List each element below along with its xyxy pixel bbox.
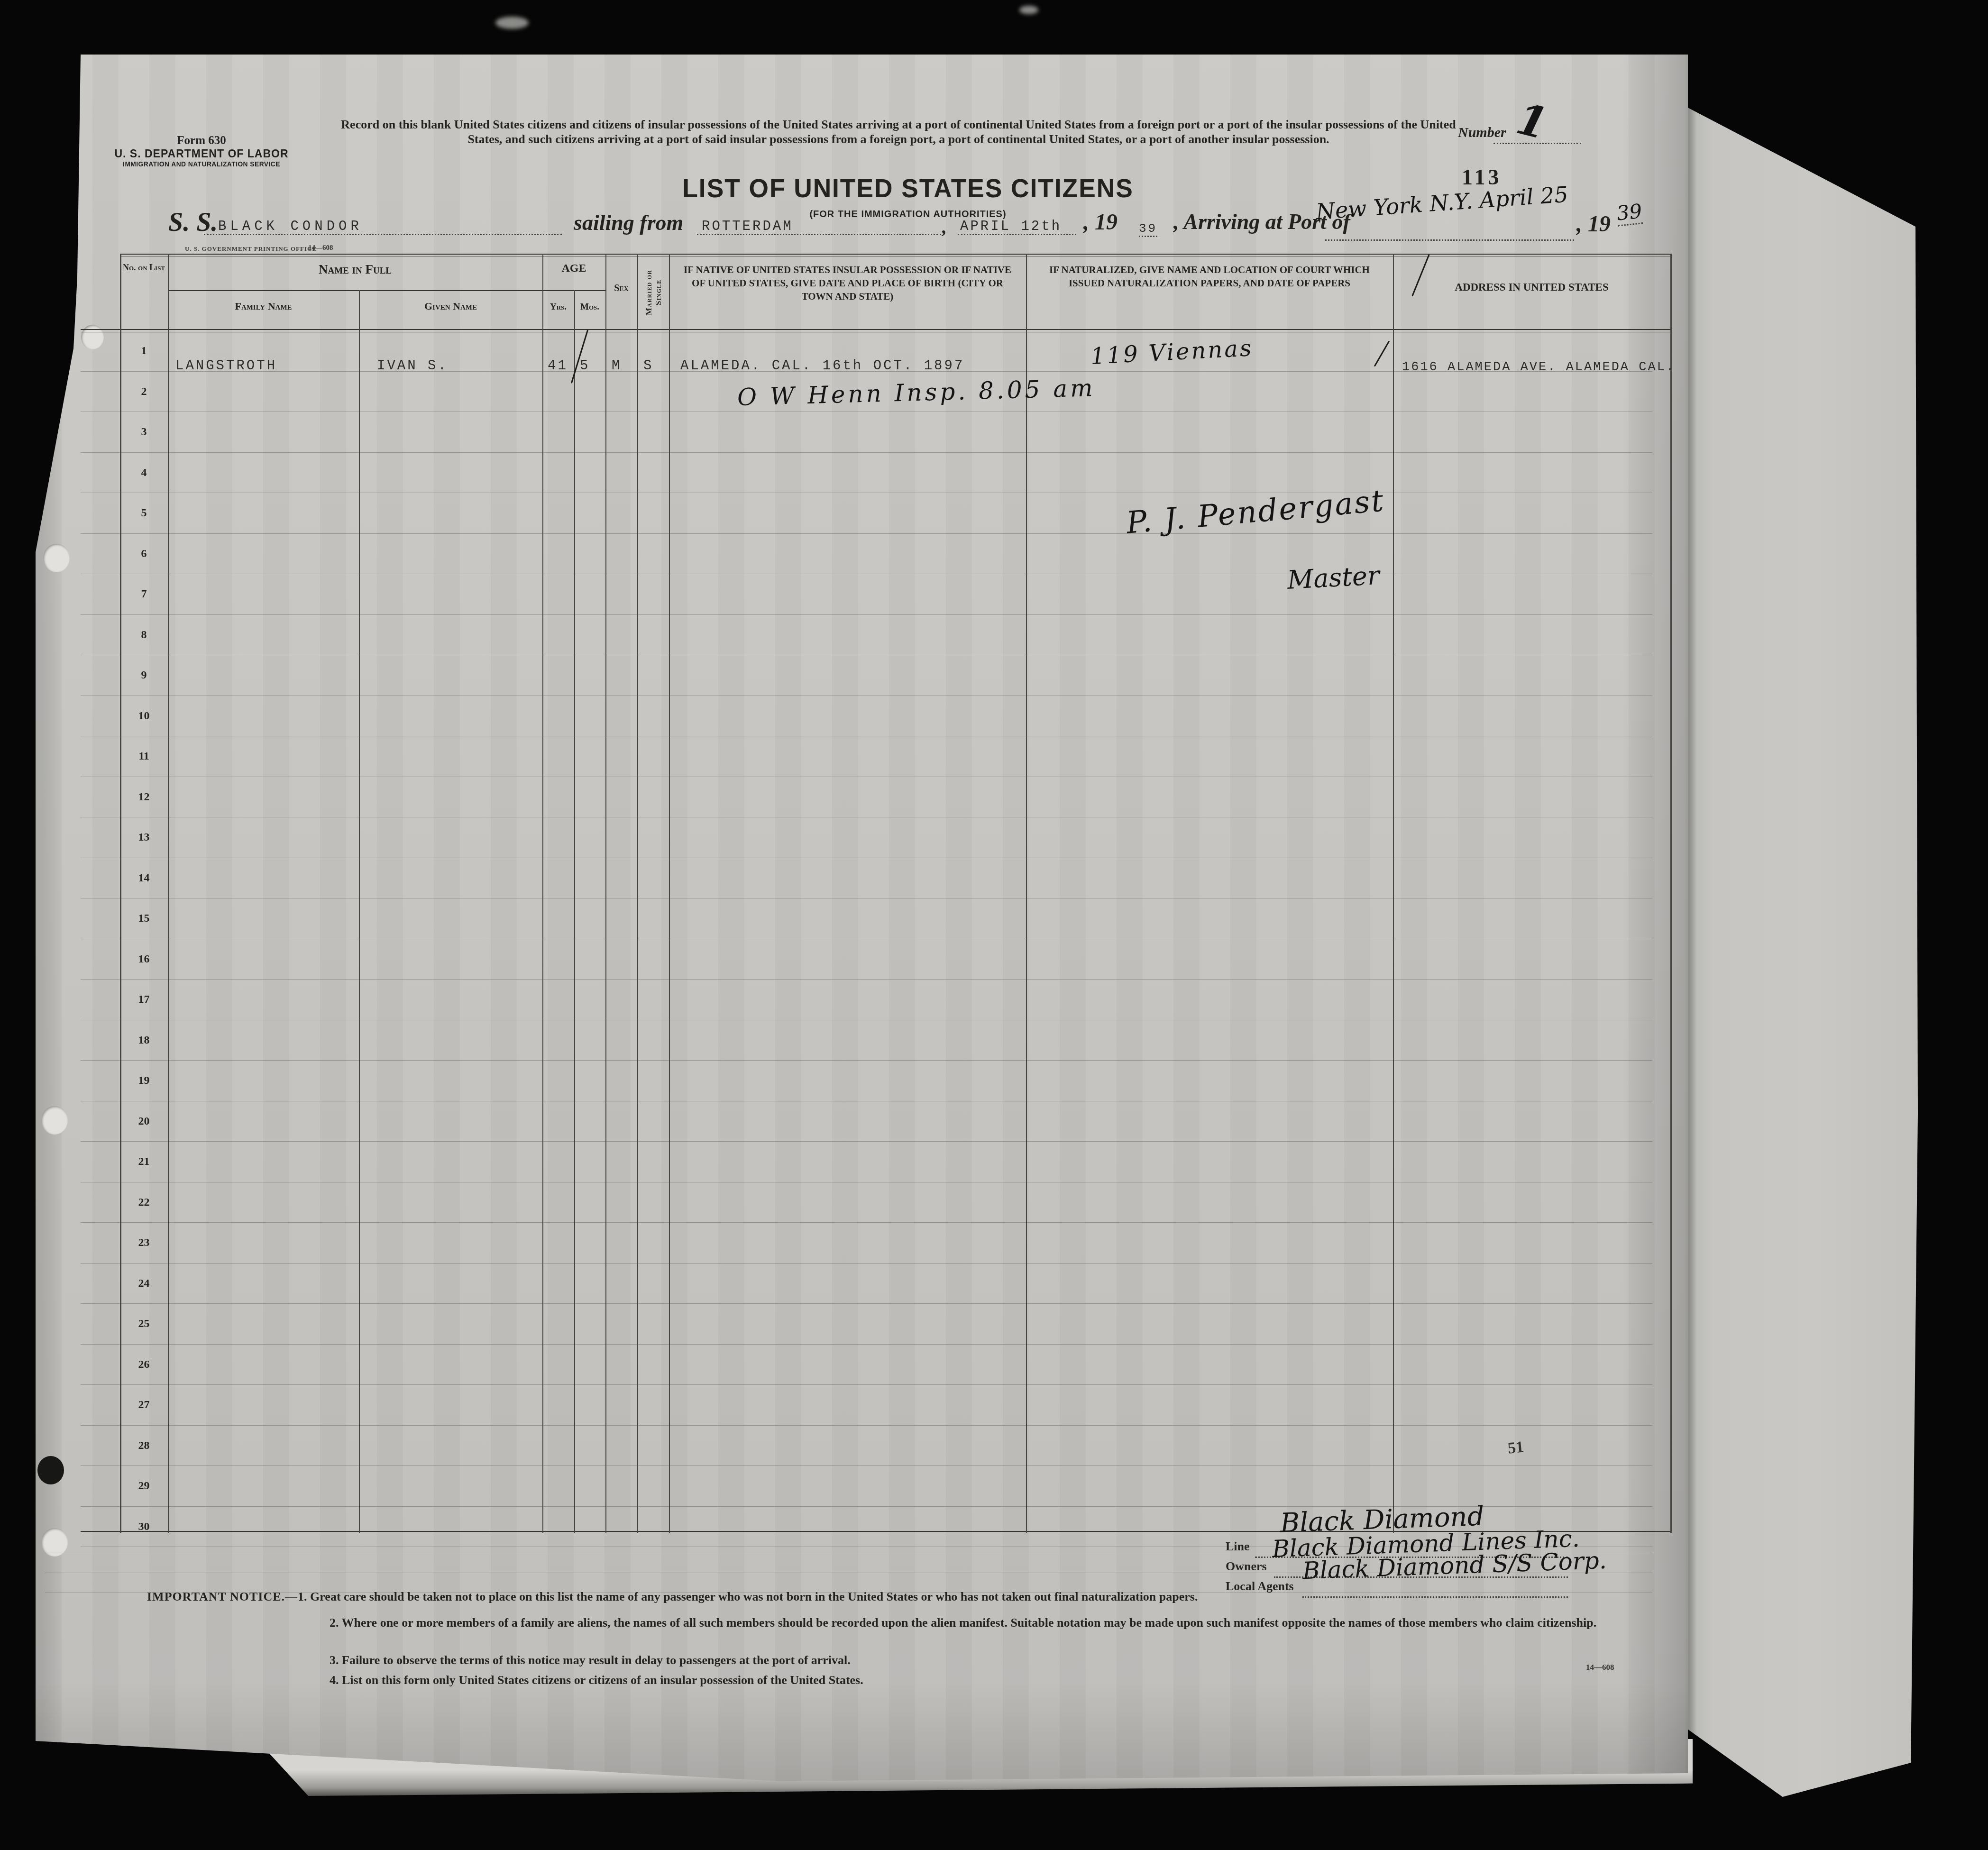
table-row: 24 [81, 1264, 1652, 1304]
row-number: 2 [120, 372, 168, 412]
table-row: 20 [81, 1101, 1652, 1142]
row-number: 3 [120, 412, 168, 452]
row-number: 26 [120, 1345, 168, 1385]
row-number: 17 [120, 980, 168, 1020]
header-married-or-single: Married or Single [644, 259, 663, 326]
entry-married-or-single: S [643, 358, 653, 374]
table-row: 8 [81, 615, 1652, 656]
header-name-in-full: Name in Full [168, 262, 542, 277]
service-name: IMMIGRATION AND NATURALIZATION SERVICE [106, 160, 298, 168]
header-given-name: Given Name [359, 300, 542, 312]
header-yrs: Yrs. [542, 302, 574, 312]
table-row: 3 [81, 412, 1652, 453]
page-title: LIST OF UNITED STATES CITIZENS [614, 173, 1202, 203]
row-number: 19 [120, 1061, 168, 1101]
line-label: Line [1226, 1539, 1250, 1554]
scanned-manifest-screenshot: Form 630 U. S. DEPARTMENT OF LABOR IMMIG… [0, 0, 1988, 1850]
notice-heading: IMPORTANT NOTICE.— [147, 1590, 298, 1603]
notice-line-1: IMPORTANT NOTICE.—1. Great care should b… [147, 1590, 1198, 1604]
row-number: 22 [120, 1182, 168, 1223]
departure-port-line: ROTTERDAM [697, 206, 941, 235]
row-number: 16 [120, 939, 168, 980]
entry-given-name: IVAN S. [377, 358, 448, 374]
departure-year: 39 [1139, 221, 1157, 237]
table-row: 21 [81, 1142, 1652, 1182]
table-row: 6 [81, 534, 1652, 575]
department-name: U. S. DEPARTMENT OF LABOR [97, 147, 306, 160]
year-prefix: , 19 [1083, 209, 1118, 235]
hole-punch [37, 1456, 64, 1484]
print-code-bottom: 14—608 [1586, 1663, 1614, 1672]
row-number: 11 [120, 736, 168, 777]
entry-age-mos: 5 [580, 358, 590, 374]
row-number: 14 [120, 858, 168, 898]
row-number: 12 [120, 777, 168, 817]
notice-item-2: 2. Where one or more members of a family… [330, 1612, 1674, 1633]
table-row: 26 [81, 1345, 1652, 1385]
row-number: 21 [120, 1142, 168, 1182]
table-row: 22 [81, 1182, 1652, 1223]
entry-birth: ALAMEDA. CAL. 16th OCT. 1897 [680, 358, 964, 374]
entry-address: 1616 ALAMEDA AVE. ALAMEDA CAL. [1402, 360, 1675, 375]
header-sex: Sex [605, 283, 637, 294]
row-number: 7 [120, 574, 168, 614]
table-row: 15 [81, 898, 1652, 939]
notice-item-3: 3. Failure to observe the terms of this … [330, 1653, 851, 1667]
table-row: 12 [81, 777, 1652, 818]
table-row: 23 [81, 1223, 1652, 1264]
table-column-divider [120, 254, 121, 1533]
table-row: 29 [81, 1466, 1652, 1507]
entry-age-yrs: 41 [548, 358, 568, 374]
table-row: 27 [81, 1385, 1652, 1426]
table-body: 1234567891011121314151617181920212223242… [81, 331, 1652, 1547]
entry-family-name: LANGSTROTH [175, 358, 277, 374]
ship-name-line: BLACK CONDOR [204, 206, 562, 235]
table-column-divider [542, 254, 543, 1533]
sheet-stamp: 51 [1507, 1438, 1525, 1457]
row-number: 30 [120, 1507, 168, 1547]
table-row: 11 [81, 736, 1652, 777]
row-number: 28 [120, 1426, 168, 1466]
manifest-page: Form 630 U. S. DEPARTMENT OF LABOR IMMIG… [36, 55, 1688, 1785]
table-top-rule [120, 254, 1671, 257]
row-number: 24 [120, 1264, 168, 1304]
table-row: 14 [81, 858, 1652, 899]
hole-punch [43, 544, 70, 572]
row-number: 8 [120, 615, 168, 655]
table-row: 18 [81, 1020, 1652, 1061]
ship-name: BLACK CONDOR [218, 219, 363, 234]
table-row: 28 [81, 1426, 1652, 1466]
hole-punch [41, 1528, 68, 1557]
table-column-divider [1393, 254, 1394, 1533]
arrival-year-prefix: , 19 [1576, 211, 1611, 237]
table-column-divider [1670, 254, 1672, 1533]
local-agents-label: Local Agents [1226, 1579, 1294, 1594]
row-number: 23 [120, 1223, 168, 1263]
notice-item-1: 1. Great care should be taken not to pla… [298, 1590, 1198, 1603]
table-row: 9 [81, 655, 1652, 696]
table-column-divider [359, 290, 360, 1533]
table-row: 7 [81, 574, 1652, 615]
table-column-divider [1026, 254, 1027, 1533]
row-number: 13 [120, 817, 168, 858]
departure-date: APRIL 12th [960, 219, 1062, 234]
hole-punch [41, 1106, 68, 1135]
header-address: ADDRESS IN UNITED STATES [1393, 281, 1670, 293]
header-split-rule [168, 290, 605, 291]
header-birth: IF NATIVE OF UNITED STATES INSULAR POSSE… [678, 263, 1017, 303]
table-column-divider [168, 254, 169, 1533]
row-number: 10 [120, 696, 168, 736]
row-number: 27 [120, 1385, 168, 1425]
scan-smudge [1019, 6, 1038, 14]
number-value-handwritten: 1 [1512, 93, 1552, 149]
comma: , [942, 216, 947, 238]
printing-office-note: U. S. GOVERNMENT PRINTING OFFICE [185, 245, 317, 253]
row-number: 18 [120, 1020, 168, 1061]
table-column-divider [574, 290, 575, 1533]
table-column-divider [605, 254, 606, 1533]
header-naturalized: IF NATURALIZED, GIVE NAME AND LOCATION O… [1035, 263, 1383, 290]
table-column-divider [637, 254, 638, 1533]
row-number: 5 [120, 493, 168, 533]
notice-item-4: 4. List on this form only United States … [330, 1673, 863, 1687]
row-number: 6 [120, 534, 168, 574]
hole-punch [39, 221, 66, 250]
master-title: Master [1286, 560, 1380, 595]
hole-punch [41, 248, 68, 276]
scan-smudge [495, 17, 529, 29]
table-row: 4 [81, 453, 1652, 494]
entry-sex: M [612, 358, 622, 374]
owners-label: Owners [1226, 1559, 1267, 1574]
print-code-top: 14—608 [308, 244, 333, 252]
row-number: 29 [120, 1466, 168, 1506]
table-row: 5 [81, 493, 1652, 534]
arrival-year-handwritten: 39 [1615, 199, 1643, 226]
table-row: 17 [81, 980, 1652, 1020]
table-column-divider [669, 254, 670, 1533]
table-row: 10 [81, 696, 1652, 737]
table-row: 19 [81, 1061, 1652, 1101]
sheet-behind [1685, 90, 1918, 1797]
row-number: 9 [120, 655, 168, 696]
header-family-name: Family Name [168, 300, 359, 312]
row-number: 25 [120, 1304, 168, 1344]
departure-port: ROTTERDAM [702, 219, 793, 234]
table-row: 13 [81, 817, 1652, 858]
number-label: Number [1458, 125, 1506, 141]
header-mos: Mos. [574, 302, 605, 312]
table-row: 25 [81, 1304, 1652, 1345]
form-number: Form 630 [97, 134, 306, 147]
row-number: 15 [120, 898, 168, 939]
form-identifier: Form 630 U. S. DEPARTMENT OF LABOR IMMIG… [97, 134, 306, 168]
table-row: 16 [81, 939, 1652, 980]
header-no-on-list: No. on List [120, 262, 168, 273]
row-number: 20 [120, 1101, 168, 1142]
header-age: AGE [542, 262, 605, 275]
row-number: 4 [120, 453, 168, 493]
departure-date-line: APRIL 12th [958, 206, 1076, 235]
row-number: 1 [120, 331, 168, 371]
sailing-from-label: sailing from [574, 210, 683, 235]
form-instructions: Record on this blank United States citiz… [330, 117, 1467, 147]
